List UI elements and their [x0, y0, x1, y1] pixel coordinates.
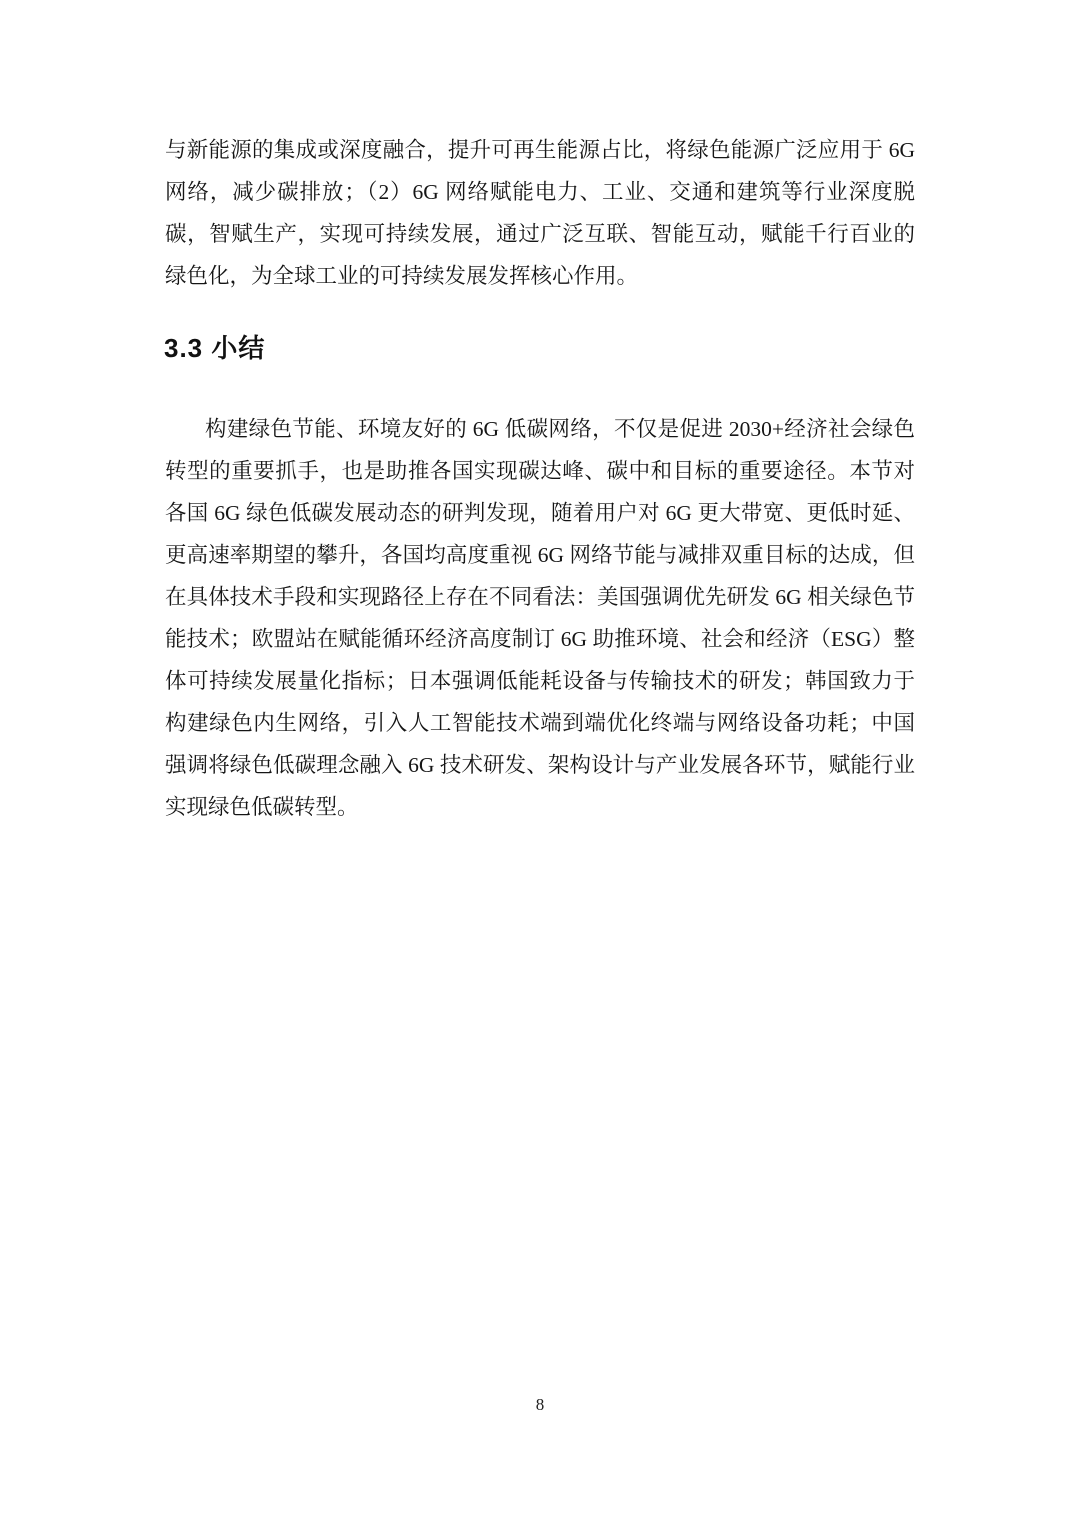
document-page: 与新能源的集成或深度融合，提升可再生能源占比，将绿色能源广泛应用于 6G 网络，…: [0, 0, 1080, 1527]
section-heading: 3.3 小结: [164, 330, 265, 366]
text-line: 在具体技术手段和实现路径上存在不同看法：美国强调优先研发 6G 相关绿色节: [165, 576, 915, 618]
text-line: 网络，减少碳排放；（2）6G 网络赋能电力、工业、交通和建筑等行业深度脱: [165, 171, 915, 213]
text-line: 碳，智赋生产，实现可持续发展，通过广泛互联、智能互动，赋能千行百业的: [165, 213, 915, 255]
text-line: 与新能源的集成或深度融合，提升可再生能源占比，将绿色能源广泛应用于 6G: [165, 129, 915, 171]
text-line: 实现绿色低碳转型。: [165, 786, 915, 828]
summary-paragraph: 构建绿色节能、环境友好的 6G 低碳网络，不仅是促进 2030+经济社会绿色 转…: [165, 408, 915, 828]
text-line: 强调将绿色低碳理念融入 6G 技术研发、架构设计与产业发展各环节，赋能行业: [165, 744, 915, 786]
text-line: 体可持续发展量化指标；日本强调低能耗设备与传输技术的研发；韩国致力于: [165, 660, 915, 702]
text-line: 构建绿色节能、环境友好的 6G 低碳网络，不仅是促进 2030+经济社会绿色: [165, 408, 915, 450]
text-line: 能技术；欧盟站在赋能循环经济高度制订 6G 助推环境、社会和经济（ESG）整: [165, 618, 915, 660]
paragraph-continuation: 与新能源的集成或深度融合，提升可再生能源占比，将绿色能源广泛应用于 6G 网络，…: [165, 129, 915, 297]
text-line: 绿色化，为全球工业的可持续发展发挥核心作用。: [165, 255, 915, 297]
text-line: 构建绿色内生网络，引入人工智能技术端到端优化终端与网络设备功耗；中国: [165, 702, 915, 744]
text-line: 更高速率期望的攀升，各国均高度重视 6G 网络节能与减排双重目标的达成，但: [165, 534, 915, 576]
page-number: 8: [0, 1394, 1080, 1416]
text-line: 各国 6G 绿色低碳发展动态的研判发现，随着用户对 6G 更大带宽、更低时延、: [165, 492, 915, 534]
text-line: 转型的重要抓手，也是助推各国实现碳达峰、碳中和目标的重要途径。本节对: [165, 450, 915, 492]
